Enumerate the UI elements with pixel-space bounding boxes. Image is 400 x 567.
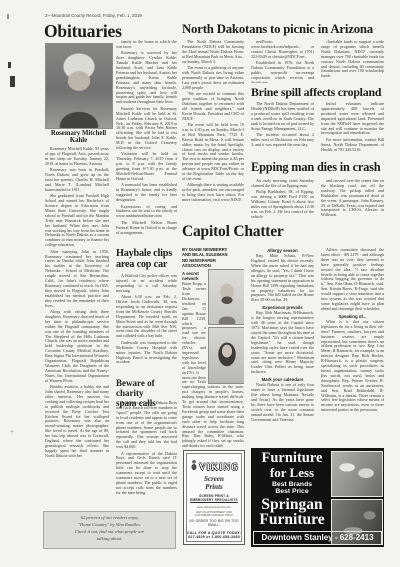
- capitol-column-3: Affairs committee discussed the latest e…: [321, 246, 384, 447]
- epping-headline: Epping man dies in crash: [251, 160, 386, 175]
- brine-text-col2: Initial estimates indicate approximately…: [321, 102, 384, 158]
- brine-text-col1: The North Dakota Department of Health (N…: [251, 102, 314, 158]
- furniture-ad-sub2: Best Price: [255, 488, 329, 495]
- capitol-secret-text2: turns out there are no Tesla superchargi…: [182, 376, 244, 447]
- beware-text: Spammers are using Dakota Boys and Girls…: [116, 401, 177, 508]
- furniture-ad-line1: Furniture: [255, 451, 329, 466]
- obituary-photo-caption: Rosemary Mitchell Kahle: [45, 130, 112, 145]
- furniture-ad-sub1: Best Brands: [255, 481, 329, 488]
- furniture-ad-line2: for Less: [255, 466, 329, 479]
- scan-artifact: [10, 76, 15, 87]
- page-header: 2—Mountrail County Record, Friday, Feb. …: [45, 13, 375, 18]
- obituaries-section-title: Obituaries: [44, 21, 122, 42]
- haybale-text: A Watford City police officer was injure…: [116, 274, 177, 374]
- scan-artifact: [8, 62, 11, 68]
- viking-ad-title: VIKING: [199, 462, 239, 472]
- picnic-text-col2: net/Picnic, www.facebook.com/ndpicnic, o…: [251, 40, 314, 83]
- haybale-headline: Haybale clips area cop car: [116, 249, 178, 270]
- capitol-column-2: Allergy season Rep. Mike Schatz, R-New E…: [251, 246, 314, 446]
- springan-furniture-ad: Furniture for Less Best Brands Best Pric…: [251, 448, 384, 547]
- home-country-promo-box: 62 percent of our readers enjoy "Home Co…: [43, 511, 176, 549]
- brine-headline: Brine spill affects cropland: [251, 85, 386, 100]
- capitol-chatter-headline: Capitol Chatter: [182, 223, 284, 241]
- furniture-ad-photo-bedroom: [331, 451, 383, 497]
- newspaper-page: { "page": { "header": "2—Mountrail Count…: [0, 0, 400, 567]
- viking-screen-prints-ad: VIKING Screen Prints SCREEN PRINT & EMBR…: [183, 450, 245, 545]
- furniture-ad-name2: Furniture: [255, 512, 329, 528]
- obituary-text-col1: Rosemary Mitchell Kahle, 95 years of age…: [45, 147, 109, 508]
- scan-artifact: +: [10, 428, 14, 436]
- obituary-photo: [45, 43, 113, 129]
- picnic-headline: North Dakotans to picnic in Arizona: [182, 22, 384, 37]
- viking-ad-service2: EMBROIDERY SPECIALISTS: [184, 498, 244, 502]
- mugshot-photo-female: [208, 327, 244, 384]
- mugshot-photo-male: [208, 269, 244, 325]
- furniture-ad-name1: Springan: [255, 497, 329, 513]
- viking-ad-website: www.vikingscreenprints.com: [184, 506, 244, 509]
- viking-mascot-icon: [189, 459, 199, 472]
- epping-text-col2: and crossed over the center line on the …: [321, 179, 384, 243]
- viking-ad-note: GET AN APPOINTMENT AND CUSTOMIZE A DESIG…: [184, 511, 244, 517]
- viking-ad-subtitle: Screen Prints: [184, 475, 244, 491]
- capitol-byline: BY DIANE NEWBERRY AND BILAL SULEIMAN ND …: [182, 247, 244, 268]
- viking-ad-phone: 627-4829 or 1-800-658-3485: [184, 535, 244, 539]
- picnic-text-col3: charitable funds to support a wide range…: [321, 40, 384, 83]
- capitol-secret-network-column: A secret network Brian Kopp, a Tesla own…: [182, 269, 244, 447]
- obituary-text-col2: family in the home in which she was born…: [116, 40, 177, 248]
- scan-artifact: [7, 14, 9, 19]
- picnic-text-col1: The North Dakota Community Foundation (N…: [182, 40, 244, 222]
- furniture-ad-footer: Downtown Stanley - 628-2413: [253, 531, 382, 545]
- viking-ad-no-order: NO ORDER TOO BIG OR TOO SMALL.: [184, 519, 244, 527]
